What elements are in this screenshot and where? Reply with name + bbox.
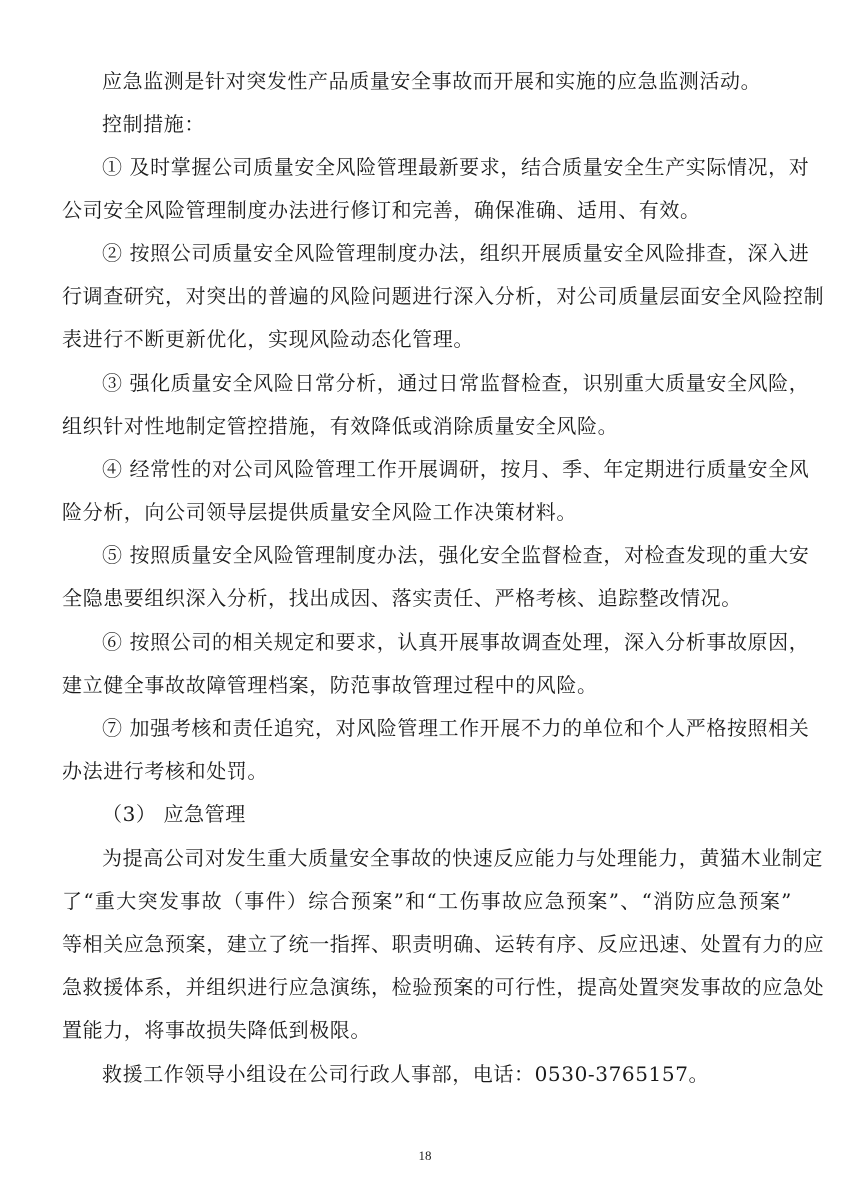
measure-4-line-2: 险分析，向公司领导层提供质量安全风险工作决策材料。	[62, 497, 577, 527]
measure-6-line-1: ⑥ 按照公司的相关规定和要求，认真开展事故调查处理，深入分析事故原因，	[102, 627, 792, 657]
emergency-line-4: 急救援体系，并组织进行应急演练，检验预案的可行性，提高处置突发事故的应急处	[62, 972, 792, 1002]
measure-5-line-1: ⑤ 按照质量安全风险管理制度办法，强化安全监督检查，对检查发现的重大安	[102, 540, 792, 570]
measure-3-line-1: ③ 强化质量安全风险日常分析，通过日常监督检查，识别重大质量安全风险，	[102, 368, 792, 398]
measure-7-line-1: ⑦ 加强考核和责任追究，对风险管理工作开展不力的单位和个人严格按照相关	[102, 713, 792, 743]
measure-2-line-1: ② 按照公司质量安全风险管理制度办法，组织开展质量安全风险排查，深入进	[102, 238, 792, 268]
measure-1-line-1: ① 及时掌握公司质量安全风险管理最新要求，结合质量安全生产实际情况，对	[102, 152, 792, 182]
emergency-line-1: 为提高公司对发生重大质量安全事故的快速反应能力与处理能力，黄猫木业制定	[102, 843, 792, 873]
measure-1-line-2: 公司安全风险管理制度办法进行修订和完善，确保准确、适用、有效。	[62, 195, 701, 225]
measure-4-line-1: ④ 经常性的对公司风险管理工作开展调研，按月、季、年定期进行质量安全风	[102, 454, 792, 484]
emergency-line-3: 等相关应急预案，建立了统一指挥、职责明确、运转有序、反应迅速、处置有力的应	[62, 929, 792, 959]
paragraph-intro: 应急监测是针对突发性产品质量安全事故而开展和实施的应急监测活动。	[102, 66, 761, 96]
measure-5-line-2: 全隐患要组织深入分析，找出成因、落实责任、严格考核、追踪整改情况。	[62, 583, 742, 613]
emergency-line-2: 了“重大突发事故（事件）综合预案”和“工伤事故应急预案”、“消防应急预案”	[62, 886, 792, 916]
measure-2-line-2: 行调查研究，对突出的普遍的风险问题进行深入分析，对公司质量层面安全风险控制	[62, 281, 792, 311]
control-measures-heading: 控制措施：	[102, 109, 205, 139]
emergency-line-5: 置能力，将事故损失降低到极限。	[62, 1015, 371, 1045]
measure-3-line-2: 组织针对性地制定管控措施，有效降低或消除质量安全风险。	[62, 411, 618, 441]
measure-2-line-3: 表进行不断更新优化，实现风险动态化管理。	[62, 324, 474, 354]
measure-7-line-2: 办法进行考核和处罚。	[62, 756, 268, 786]
page-number: 18	[0, 1148, 850, 1164]
section-3-heading: （3） 应急管理	[102, 799, 246, 829]
rescue-contact: 救援工作领导小组设在公司行政人事部，电话：0530-3765157。	[102, 1059, 709, 1089]
measure-6-line-2: 建立健全事故故障管理档案，防范事故管理过程中的风险。	[62, 670, 598, 700]
